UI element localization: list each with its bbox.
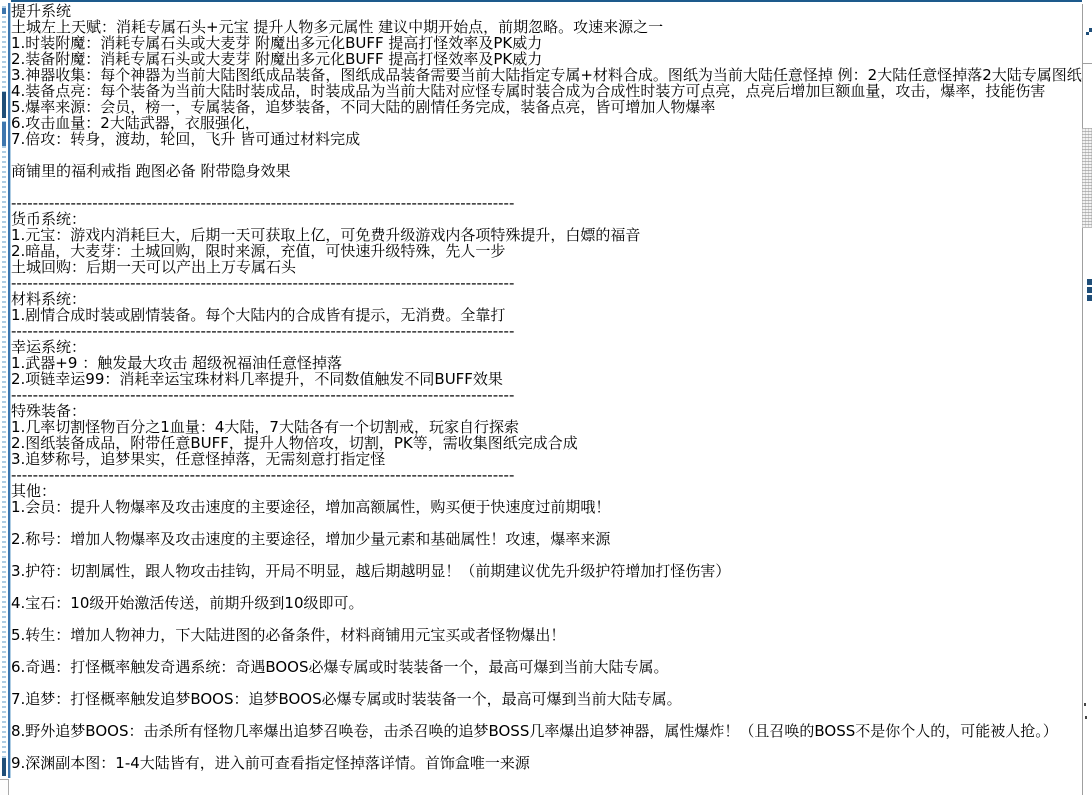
scrollbar-mark xyxy=(1087,279,1092,285)
text-line: 2.称号：增加人物爆率及攻击速度的主要途径，增加少量元素和基础属性！攻速，爆率来… xyxy=(11,531,1082,547)
text-line: 提升系统 xyxy=(11,3,1082,19)
text-line: 3.神器收集：每个神器为当前大陆图纸成品装备，图纸成品装备需要当前大陆指定专属+… xyxy=(11,67,1082,83)
text-line xyxy=(11,515,1082,531)
separator-line: ----------------------------------------… xyxy=(11,467,1082,483)
text-line: 1.时装附魔：消耗专属石头或大麦芽 附魔出多元化BUFF 提高打怪效率及PK威力 xyxy=(11,35,1082,51)
clipped-text-speck xyxy=(1084,703,1086,706)
scrollbar-texture-fragment[interactable] xyxy=(1082,128,1092,228)
screen: 提升系统土城左上天赋：消耗专属石头+元宝 提升人物多元属性 建议中期开始点，前期… xyxy=(0,0,1092,795)
text-line: 1.几率切割怪物百分之1血量：4大陆，7大陆各有一个切割戒，玩家自行探索 xyxy=(11,419,1082,435)
window-top-border xyxy=(0,0,1083,2)
document-text-area: 提升系统土城左上天赋：消耗专属石头+元宝 提升人物多元属性 建议中期开始点，前期… xyxy=(11,3,1082,793)
text-line xyxy=(11,611,1082,627)
left-edge-mark xyxy=(2,8,6,14)
separator-line: ----------------------------------------… xyxy=(11,323,1082,339)
separator-line: ----------------------------------------… xyxy=(11,275,1082,291)
left-edge-mark xyxy=(2,758,6,776)
text-line: 2.图纸装备成品，附带任意BUFF，提升人物倍攻，切割，PK等，需收集图纸完成合… xyxy=(11,435,1082,451)
text-line: 特殊装备： xyxy=(11,403,1082,419)
text-line: 土城回购：后期一天可以产出上万专属石头 xyxy=(11,259,1082,275)
text-line: 3.护符：切割属性，跟人物攻击挂钩，开局不明显，越后期越明显！（前期建议优先升级… xyxy=(11,563,1082,579)
text-line: 6.奇遇：打怪概率触发奇遇系统：奇遇BOOS必爆专属或时装装备一个，最高可爆到当… xyxy=(11,659,1082,675)
left-window-edge[interactable] xyxy=(0,0,11,795)
text-line xyxy=(11,579,1082,595)
text-line: 2.装备附魔：消耗专属石头或大麦芽 附魔出多元化BUFF 提高打怪效率及PK威力 xyxy=(11,51,1082,67)
text-line: 2.项链幸运99：消耗幸运宝珠材料几率提升，不同数值触发不同BUFF效果 xyxy=(11,371,1082,387)
text-line: 幸运系统： xyxy=(11,339,1082,355)
text-line: 1.元宝：游戏内消耗巨大，后期一天可获取上亿，可免费升级游戏内各项特殊提升，白嫖… xyxy=(11,227,1082,243)
left-edge-dashed-texture xyxy=(2,6,6,772)
text-line xyxy=(11,675,1082,691)
left-edge-mark xyxy=(2,122,6,146)
text-line: 其他： xyxy=(11,483,1082,499)
text-line: 1.会员：提升人物爆率及攻击速度的主要途径，增加高额属性，购买便于快速度过前期哦… xyxy=(11,499,1082,515)
separator-line: ----------------------------------------… xyxy=(11,195,1082,211)
text-line xyxy=(11,547,1082,563)
scrollbar-mark xyxy=(1087,295,1092,301)
text-line: 5.爆率来源：会员，榜一，专属装备，追梦装备，不同大陆的剧情任务完成，装备点亮，… xyxy=(11,99,1082,115)
text-line: 9.深渊副本图：1-4大陆皆有，进入前可查看指定怪掉落详情。首饰盒唯一来源 xyxy=(11,755,1082,771)
text-line xyxy=(11,147,1082,163)
right-window-edge[interactable] xyxy=(1082,0,1092,795)
text-line: 7.倍攻：转身，渡劫，轮回，飞升 皆可通过材料完成 xyxy=(11,131,1082,147)
scrollbar-mark xyxy=(1087,287,1092,293)
text-line: 6.攻击血量：2大陆武器，衣服强化， xyxy=(11,115,1082,131)
bottom-left-window-corner xyxy=(0,779,9,795)
blue-corner-icon xyxy=(1086,32,1089,35)
text-line: 5.转生：增加人物神力，下大陆进图的必备条件，材料商铺用元宝买或者怪物爆出！ xyxy=(11,627,1082,643)
text-line: 1.武器+9 ：触发最大攻击 超级祝福油任意怪掉落 xyxy=(11,355,1082,371)
text-line: 3.追梦称号，追梦果实，任意怪掉落，无需刻意打指定怪 xyxy=(11,451,1082,467)
text-line xyxy=(11,179,1082,195)
text-line: 4.宝石：10级开始激活传送，前期升级到10级即可。 xyxy=(11,595,1082,611)
text-line xyxy=(11,643,1082,659)
text-line: 4.装备点亮：每个装备为当前大陆时装成品，时装成品为当前大陆对应怪专属时装合成为… xyxy=(11,83,1082,99)
text-line: 8.野外追梦BOOS：击杀所有怪物几率爆出追梦召唤卷，击杀召唤的追梦BOSS几率… xyxy=(11,723,1082,739)
text-line: 商铺里的福利戒指 跑图必备 附带隐身效果 xyxy=(11,163,1082,179)
text-line: 2.暗晶，大麦芽：土城回购，限时来源，充值，可快速升级特殊，先人一步 xyxy=(11,243,1082,259)
text-line: 7.追梦：打怪概率触发追梦BOOS：追梦BOOS必爆专属或时装装备一个，最高可爆… xyxy=(11,691,1082,707)
text-line xyxy=(11,707,1082,723)
clipped-text-speck xyxy=(1085,716,1087,719)
text-line: 货币系统： xyxy=(11,211,1082,227)
text-line: 1.剧情合成时装或剧情装备。每个大陆内的合成皆有提示，无消费。全靠打 xyxy=(11,307,1082,323)
left-edge-mark xyxy=(2,92,6,118)
text-line: 土城左上天赋：消耗专属石头+元宝 提升人物多元属性 建议中期开始点，前期忽略。攻… xyxy=(11,19,1082,35)
text-line: 材料系统： xyxy=(11,291,1082,307)
text-line xyxy=(11,739,1082,755)
separator-line: ----------------------------------------… xyxy=(11,387,1082,403)
right-edge-divider xyxy=(1082,4,1083,795)
right-edge-horizontal-line xyxy=(1083,63,1092,64)
